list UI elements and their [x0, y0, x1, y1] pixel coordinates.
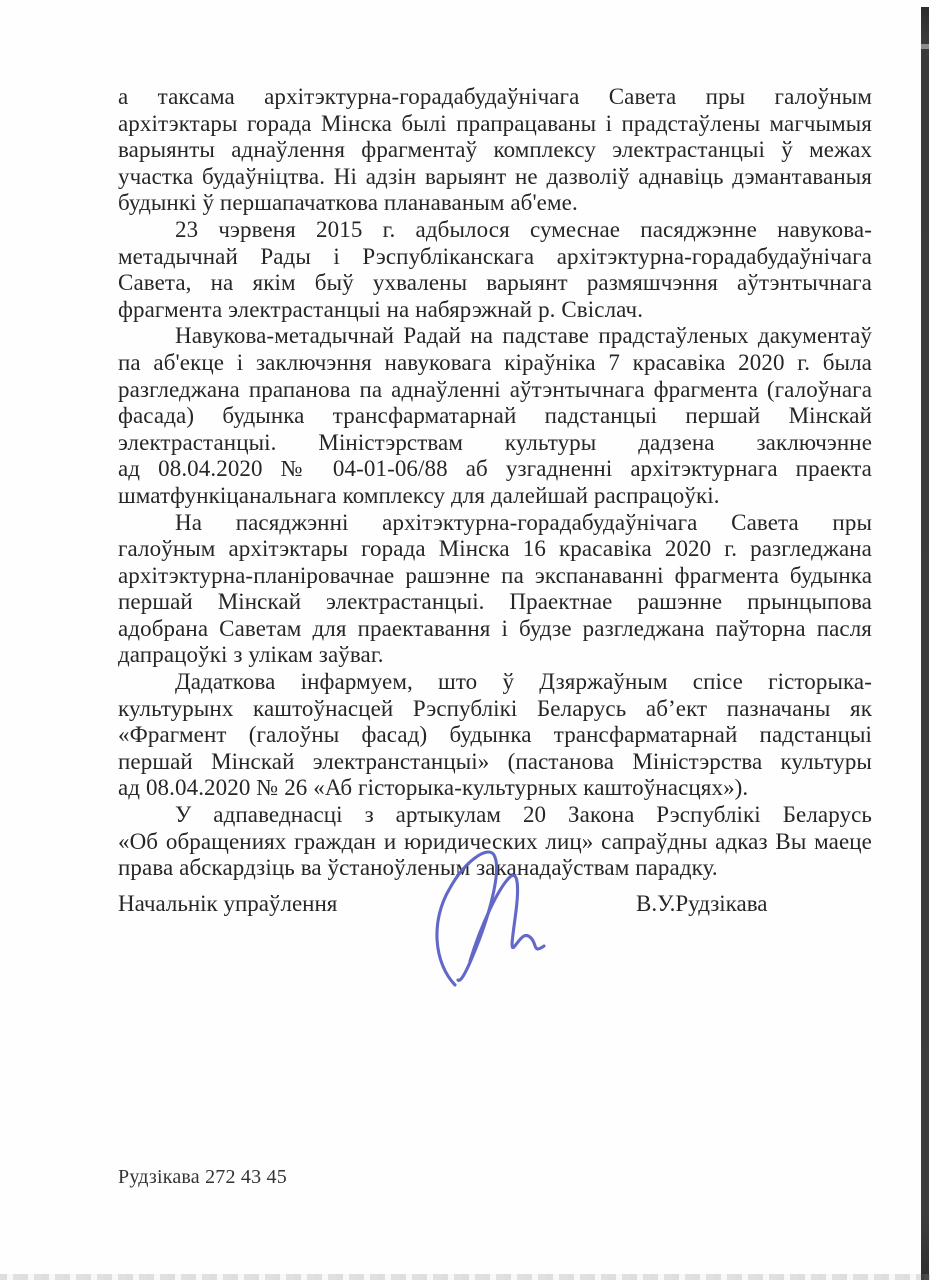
text-line: разгледжана прапанова па аднаўленні аўтэ… — [118, 377, 872, 404]
text-line: фасада) будынка трансфарматарнай падстан… — [118, 403, 872, 430]
document-body: а таксама архітэктурна-горадабудаўнічага… — [118, 84, 872, 882]
text-line: будынкі ў першапачаткова планаваным аб'е… — [118, 190, 872, 217]
text-line: архітэктары горада Мінска былі прапрацав… — [118, 111, 872, 138]
text-line: першай Мінскай электранстанцыі» (пастано… — [118, 749, 872, 776]
scan-edge-notch — [921, 44, 929, 49]
text-line: шматфункіцанальнага комплексу для далейш… — [118, 483, 872, 510]
signature-ink — [420, 843, 560, 993]
text-line: фрагмента электрастанцыі на набярэжнай р… — [118, 297, 872, 324]
text-line: На пасяджэнні архітэктурна-горадабудаўні… — [118, 510, 872, 537]
text-line: 23 чэрвеня 2015 г. адбылося сумеснае пас… — [118, 217, 872, 244]
text-line: Дадаткова інфармуем, што ў Дзяржаўным сп… — [118, 669, 872, 696]
text-line: па аб'екце і заключэння навуковага кіраў… — [118, 350, 872, 377]
scanned-letter-page: а таксама архітэктурна-горадабудаўнічага… — [0, 0, 930, 1280]
text-line: Савета, на якім быў ухвалены варыянт раз… — [118, 270, 872, 297]
scan-edge-right — [921, 7, 929, 1280]
text-line: электрастанцыі. Міністэрствам культуры д… — [118, 430, 872, 457]
text-line: участка будаўніцтва. Ні адзін варыянт не… — [118, 164, 872, 191]
text-line: ад 08.04.2020 № 26 «Аб гісторыка-культур… — [118, 775, 872, 802]
text-line: «Фрагмент (галоўны фасад) будынка трансф… — [118, 722, 872, 749]
signer-name: В.У.Рудзікава — [636, 891, 767, 917]
text-line: Навукова-метадычнай Радай на падставе пр… — [118, 323, 872, 350]
signer-position-title: Начальнік упраўлення — [118, 891, 337, 917]
text-line: метадычнай Рады і Рэспубліканскага архіт… — [118, 244, 872, 271]
executor-contact: Рудзікава 272 43 45 — [118, 1166, 287, 1189]
text-line: дапрацоўкі з улікам заўваг. — [118, 642, 872, 669]
text-line: першай Мінскай электрастанцыі. Праектнае… — [118, 589, 872, 616]
text-line: ад 08.04.2020 № 04-01-06/88 аб узгадненн… — [118, 456, 872, 483]
text-line: культурынх каштоўнасцей Рэспублікі Белар… — [118, 696, 872, 723]
text-line: У адпаведнасці з артыкулам 20 Закона Рэс… — [118, 802, 872, 829]
text-line: а таксама архітэктурна-горадабудаўнічага… — [118, 84, 872, 111]
text-line: галоўным архітэктары горада Мінска 16 кр… — [118, 536, 872, 563]
scan-edge-bottom — [0, 1274, 930, 1280]
text-line: архітэктурна-планіровачнае рашэнне па эк… — [118, 563, 872, 590]
text-line: варыянты аднаўлення фрагментаў комплексу… — [118, 137, 872, 164]
text-line: адобрана Саветам для праектавання і будз… — [118, 616, 872, 643]
